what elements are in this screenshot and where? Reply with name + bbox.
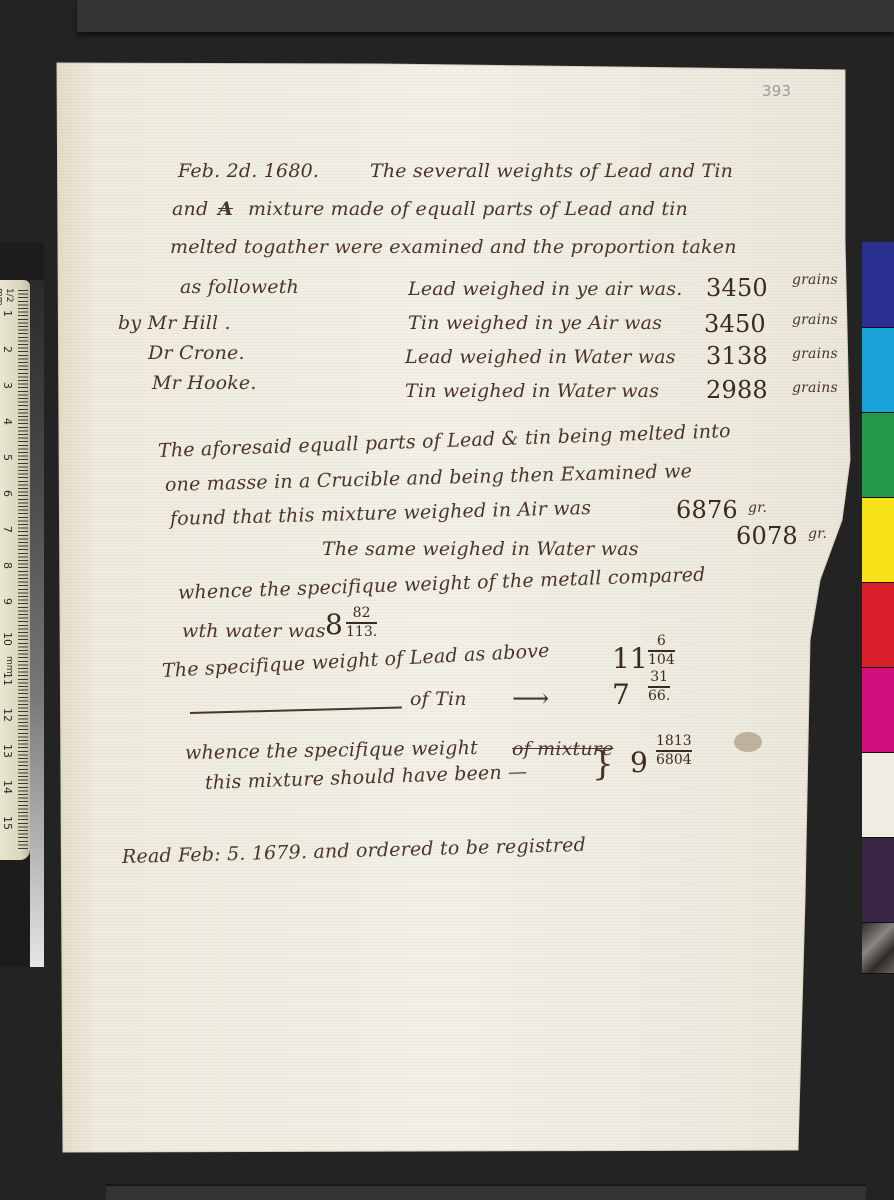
tin-sg-fraction: 31 66. bbox=[648, 670, 670, 704]
mixture-water-value: 6078 bbox=[736, 522, 798, 550]
measurement-unit: grains bbox=[792, 380, 838, 396]
numerator: 1813 bbox=[656, 734, 692, 749]
header-line-4: as followeth bbox=[180, 276, 299, 298]
mixture-air-value: 6876 bbox=[676, 496, 738, 524]
examiner-crone: Dr Crone. bbox=[148, 342, 245, 364]
mixture-line-4: The same weighed in Water was bbox=[322, 538, 639, 560]
tin-sg-whole: 7 bbox=[612, 678, 630, 711]
folio-number: 393 bbox=[762, 82, 791, 100]
measurement-value: 3450 bbox=[706, 274, 768, 302]
numerator: 82 bbox=[353, 606, 371, 621]
arrow-icon: ⟶ bbox=[512, 684, 549, 714]
header-line-1: The severall weights of Lead and Tin bbox=[370, 160, 733, 182]
brace-icon: } bbox=[592, 744, 614, 784]
measurement-label: Lead weighed in Water was bbox=[405, 346, 676, 368]
specific-weight-line-2: wth water was bbox=[182, 620, 326, 642]
header-line-3: melted togather were examined and the pr… bbox=[170, 236, 737, 258]
measurement-value: 3450 bbox=[704, 310, 766, 338]
measurement-value: 2988 bbox=[706, 376, 768, 404]
expected-sg-fraction: 1813 6804 bbox=[656, 734, 692, 768]
lead-sg-whole: 11 bbox=[612, 642, 648, 675]
header-line-2: mixture made of equall parts of Lead and… bbox=[248, 198, 688, 220]
struck-word: A bbox=[218, 198, 233, 220]
denominator: 6804 bbox=[656, 753, 692, 768]
numerator: 31 bbox=[650, 670, 668, 685]
denominator: 113. bbox=[346, 625, 377, 640]
measurement-unit: grains bbox=[792, 312, 838, 328]
examiner-hill: by Mr Hill . bbox=[118, 312, 231, 334]
document-date: Feb. 2d. 1680. bbox=[178, 160, 319, 182]
expected-sg-whole: 9 bbox=[630, 746, 648, 779]
measurement-label: Tin weighed in Water was bbox=[405, 380, 659, 402]
examiner-hooke: Mr Hooke. bbox=[152, 372, 257, 394]
denominator: 104 bbox=[648, 653, 675, 668]
manuscript-page: 393 Feb. 2d. 1680. The severall weights … bbox=[0, 0, 894, 1200]
mixture-sg-fraction: 82 113. bbox=[346, 606, 377, 640]
measurement-label: Tin weighed in ye Air was bbox=[408, 312, 662, 334]
lead-sg-fraction: 6 104 bbox=[648, 634, 675, 668]
mixture-sg-whole: 8 bbox=[325, 608, 343, 641]
measurement-label: Lead weighed in ye air was. bbox=[408, 278, 683, 300]
tin-sg-text: of Tin bbox=[410, 688, 467, 710]
mixture-water-unit: gr. bbox=[808, 526, 827, 542]
header-line-2-prefix: and bbox=[172, 198, 208, 220]
measurement-value: 3138 bbox=[706, 342, 768, 370]
measurement-unit: grains bbox=[792, 346, 838, 362]
denominator: 66. bbox=[648, 689, 670, 704]
mixture-air-unit: gr. bbox=[748, 500, 767, 516]
numerator: 6 bbox=[657, 634, 666, 649]
measurement-unit: grains bbox=[792, 272, 838, 288]
